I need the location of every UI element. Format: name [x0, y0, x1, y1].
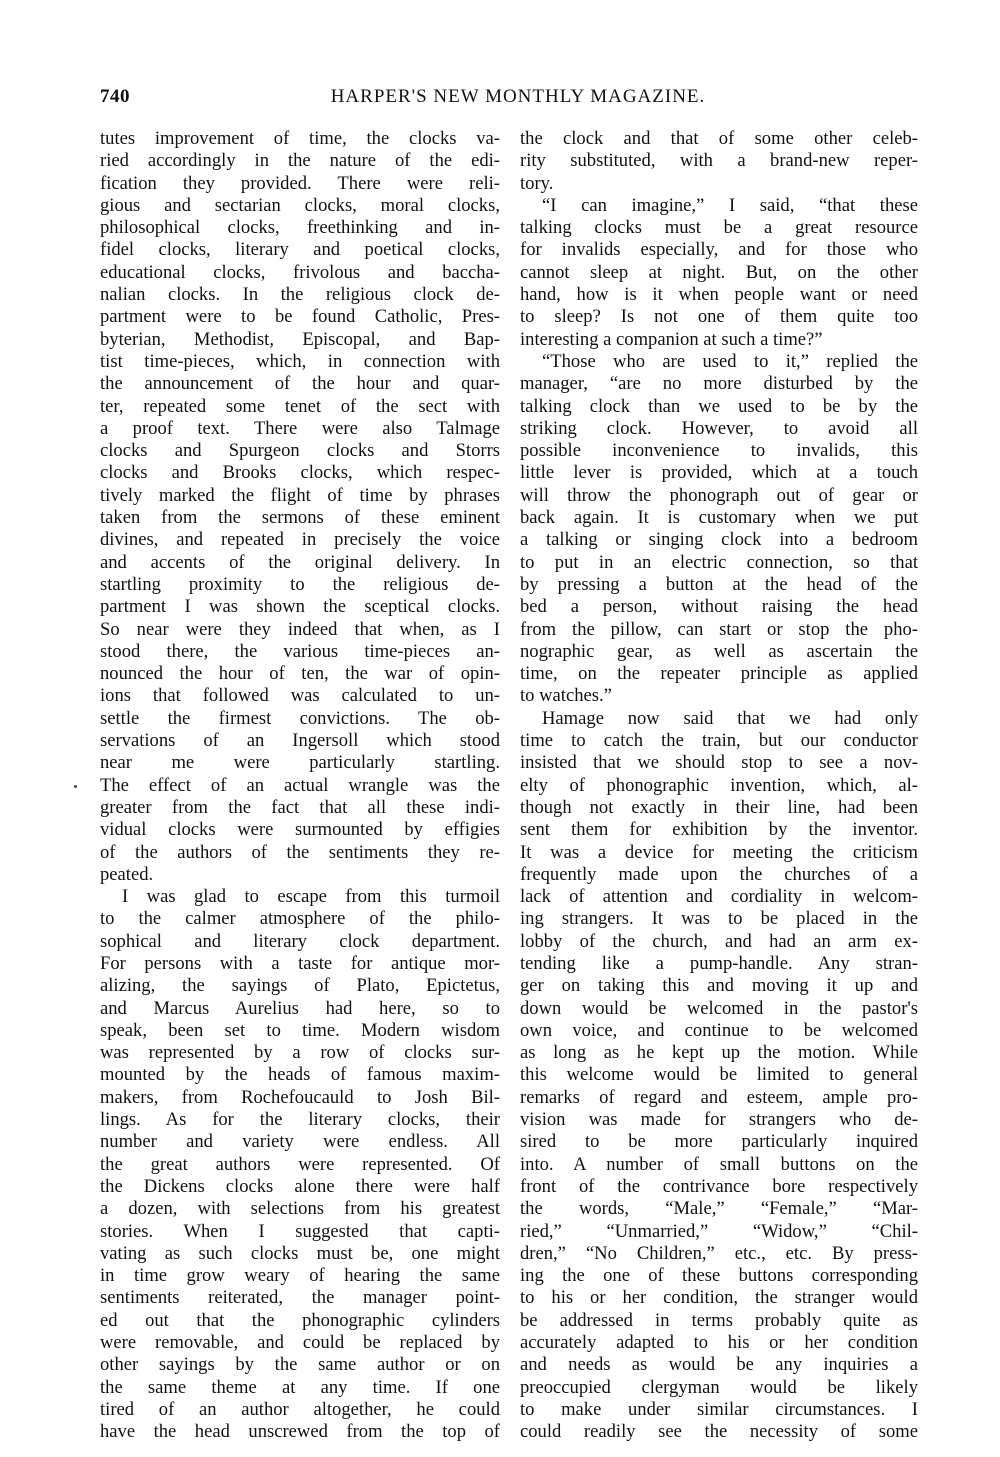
text-line: interesting a companion at such a time?”	[520, 329, 918, 351]
text-line: settle the firmest convictions. The ob-	[100, 708, 500, 730]
text-line: clocks and Brooks clocks, which respec-	[100, 462, 500, 484]
text-line: sentiments reiterated, the manager point…	[100, 1287, 500, 1309]
text-line: startling proximity to the religious de-	[100, 574, 500, 596]
text-line: “Those who are used to it,” replied the	[520, 351, 918, 373]
text-line: a proof text. There were also Talmage	[100, 418, 500, 440]
text-line: striking clock. However, to avoid all	[520, 418, 918, 440]
text-line: to the calmer atmosphere of the philo-	[100, 908, 500, 930]
text-line: the same theme at any time. If one	[100, 1377, 500, 1399]
text-line: number and variety were endless. All	[100, 1131, 500, 1153]
text-line: this welcome would be limited to general	[520, 1064, 918, 1086]
text-line: makers, from Rochefoucauld to Josh Bil-	[100, 1087, 500, 1109]
text-line: to his or her condition, the stranger wo…	[520, 1287, 918, 1309]
text-line: tory.	[520, 173, 918, 195]
text-line: vating as such clocks must be, one might	[100, 1243, 500, 1265]
text-line: partment I was shown the sceptical clock…	[100, 596, 500, 618]
text-line: nographic gear, as well as ascertain the	[520, 641, 918, 663]
text-line: a talking or singing clock into a bedroo…	[520, 529, 918, 551]
text-line: to watches.”	[520, 685, 918, 707]
text-line: nounced the hour of ten, the war of opin…	[100, 663, 500, 685]
text-line: dren,” “No Children,” etc., etc. By pres…	[520, 1243, 918, 1265]
text-line: own voice, and continue to be welcomed	[520, 1020, 918, 1042]
text-line: So near were they indeed that when, as I	[100, 619, 500, 641]
text-line: though not exactly in their line, had be…	[520, 797, 918, 819]
text-line: time to catch the train, but our conduct…	[520, 730, 918, 752]
text-line: preoccupied clergyman would be likely	[520, 1377, 918, 1399]
text-line: ger on taking this and moving it up and	[520, 975, 918, 997]
text-line: accurately adapted to his or her conditi…	[520, 1332, 918, 1354]
text-line: other sayings by the same author or on	[100, 1354, 500, 1376]
text-line: clocks and Spurgeon clocks and Storrs	[100, 440, 500, 462]
text-line: could readily see the necessity of some	[520, 1421, 918, 1443]
text-line: philosophical clocks, freethinking and i…	[100, 217, 500, 239]
text-line: talking clock than we used to be by the	[520, 396, 918, 418]
text-line: in time grow weary of hearing the same	[100, 1265, 500, 1287]
text-line: the great authors were represented. Of	[100, 1154, 500, 1176]
text-line: fication they provided. There were reli-	[100, 173, 500, 195]
text-line: ing the one of these buttons correspondi…	[520, 1265, 918, 1287]
text-line: the announcement of the hour and quar-	[100, 373, 500, 395]
text-line: tist time-pieces, which, in connection w…	[100, 351, 500, 373]
text-line: byterian, Methodist, Episcopal, and Bap-	[100, 329, 500, 351]
text-line: little lever is provided, which at a tou…	[520, 462, 918, 484]
text-line: ried,” “Unmarried,” “Widow,” “Chil-	[520, 1221, 918, 1243]
text-line: sired to be more particularly inquired	[520, 1131, 918, 1153]
text-line: possible inconvenience to invalids, this	[520, 440, 918, 462]
text-line: Hamage now said that we had only	[520, 708, 918, 730]
text-line: and accents of the original delivery. In	[100, 552, 500, 574]
right-column: the clock and that of some other celeb-r…	[520, 128, 918, 1444]
text-line: for invalids especially, and for those w…	[520, 239, 918, 261]
page-header: 740 HARPER'S NEW MONTHLY MAGAZINE.	[100, 86, 916, 112]
text-line: will throw the phonograph out of gear or	[520, 485, 918, 507]
running-title: HARPER'S NEW MONTHLY MAGAZINE.	[100, 86, 916, 108]
text-line: elty of phonographic invention, which, a…	[520, 775, 918, 797]
left-column: tutes improvement of time, the clocks va…	[100, 128, 500, 1444]
text-line: sophical and literary clock department.	[100, 931, 500, 953]
text-line: down would be welcomed in the pastor's	[520, 998, 918, 1020]
text-line: of the authors of the sentiments they re…	[100, 842, 500, 864]
text-line: mounted by the heads of famous maxim-	[100, 1064, 500, 1086]
text-line: time, on the repeater principle as appli…	[520, 663, 918, 685]
text-line: remarks of regard and esteem, ample pro-	[520, 1087, 918, 1109]
text-line: and Marcus Aurelius had here, so to	[100, 998, 500, 1020]
text-line: to make under similar circumstances. I	[520, 1399, 918, 1421]
text-line: lings. As for the literary clocks, their	[100, 1109, 500, 1131]
text-line: divines, and repeated in precisely the v…	[100, 529, 500, 551]
text-line: from the pillow, can start or stop the p…	[520, 619, 918, 641]
text-line: be addressed in terms probably quite as	[520, 1310, 918, 1332]
text-line: rity substituted, with a brand-new reper…	[520, 150, 918, 172]
text-line: as long as he kept up the motion. While	[520, 1042, 918, 1064]
text-line: For persons with a taste for antique mor…	[100, 953, 500, 975]
text-line: sent them for exhibition by the inventor…	[520, 819, 918, 841]
text-line: the words, “Male,” “Female,” “Mar-	[520, 1198, 918, 1220]
text-line: nalian clocks. In the religious clock de…	[100, 284, 500, 306]
text-line: insisted that we should stop to see a no…	[520, 752, 918, 774]
text-line: were removable, and could be replaced by	[100, 1332, 500, 1354]
text-line: tired of an author altogether, he could	[100, 1399, 500, 1421]
text-line: gious and sectarian clocks, moral clocks…	[100, 195, 500, 217]
text-line: servations of an Ingersoll which stood	[100, 730, 500, 752]
text-line: frequently made upon the churches of a	[520, 864, 918, 886]
text-line: back again. It is customary when we put	[520, 507, 918, 529]
text-line: speak, been set to time. Modern wisdom	[100, 1020, 500, 1042]
text-line: educational clocks, frivolous and baccha…	[100, 262, 500, 284]
text-line: have the head unscrewed from the top of	[100, 1421, 500, 1443]
text-line: lobby of the church, and had an arm ex-	[520, 931, 918, 953]
text-line: ed out that the phonographic cylinders	[100, 1310, 500, 1332]
text-line: ions that followed was calculated to un-	[100, 685, 500, 707]
text-line: a dozen, with selections from his greate…	[100, 1198, 500, 1220]
text-line: partment were to be found Catholic, Pres…	[100, 306, 500, 328]
text-line: stood there, the various time-pieces an-	[100, 641, 500, 663]
text-line: ing strangers. It was to be placed in th…	[520, 908, 918, 930]
text-line: near me were particularly startling.	[100, 752, 500, 774]
text-line: was represented by a row of clocks sur-	[100, 1042, 500, 1064]
text-line: I was glad to escape from this turmoil	[100, 886, 500, 908]
text-line: It was a device for meeting the criticis…	[520, 842, 918, 864]
text-line: ter, repeated some tenet of the sect wit…	[100, 396, 500, 418]
text-line: alizing, the sayings of Plato, Epictetus…	[100, 975, 500, 997]
text-line: tutes improvement of time, the clocks va…	[100, 128, 500, 150]
text-line: lack of attention and cordiality in welc…	[520, 886, 918, 908]
text-line: vidual clocks were surmounted by effigie…	[100, 819, 500, 841]
text-line: to put in an electric connection, so tha…	[520, 552, 918, 574]
text-line: cannot sleep at night. But, on the other	[520, 262, 918, 284]
text-line: vision was made for strangers who de-	[520, 1109, 918, 1131]
text-line: tively marked the flight of time by phra…	[100, 485, 500, 507]
text-line: front of the contrivance bore respective…	[520, 1176, 918, 1198]
text-line: manager, “are no more disturbed by the	[520, 373, 918, 395]
text-line: by pressing a button at the head of the	[520, 574, 918, 596]
text-line: stories. When I suggested that capti-	[100, 1221, 500, 1243]
text-line: greater from the fact that all these ind…	[100, 797, 500, 819]
text-line: “I can imagine,” I said, “that these	[520, 195, 918, 217]
text-line: bed a person, without raising the head	[520, 596, 918, 618]
text-line: the clock and that of some other celeb-	[520, 128, 918, 150]
text-line: and needs as would be any inquiries a	[520, 1354, 918, 1376]
text-line: to sleep? Is not one of them quite too	[520, 306, 918, 328]
text-line: hand, how is it when people want or need	[520, 284, 918, 306]
text-line: The effect of an actual wrangle was the	[100, 775, 500, 797]
margin-speck	[74, 785, 77, 788]
text-line: taken from the sermons of these eminent	[100, 507, 500, 529]
text-line: into. A number of small buttons on the	[520, 1154, 918, 1176]
text-line: peated.	[100, 864, 500, 886]
text-line: talking clocks must be a great resource	[520, 217, 918, 239]
text-line: tending like a pump-handle. Any stran-	[520, 953, 918, 975]
text-line: fidel clocks, literary and poetical cloc…	[100, 239, 500, 261]
text-line: ried accordingly in the nature of the ed…	[100, 150, 500, 172]
text-line: the Dickens clocks alone there were half	[100, 1176, 500, 1198]
